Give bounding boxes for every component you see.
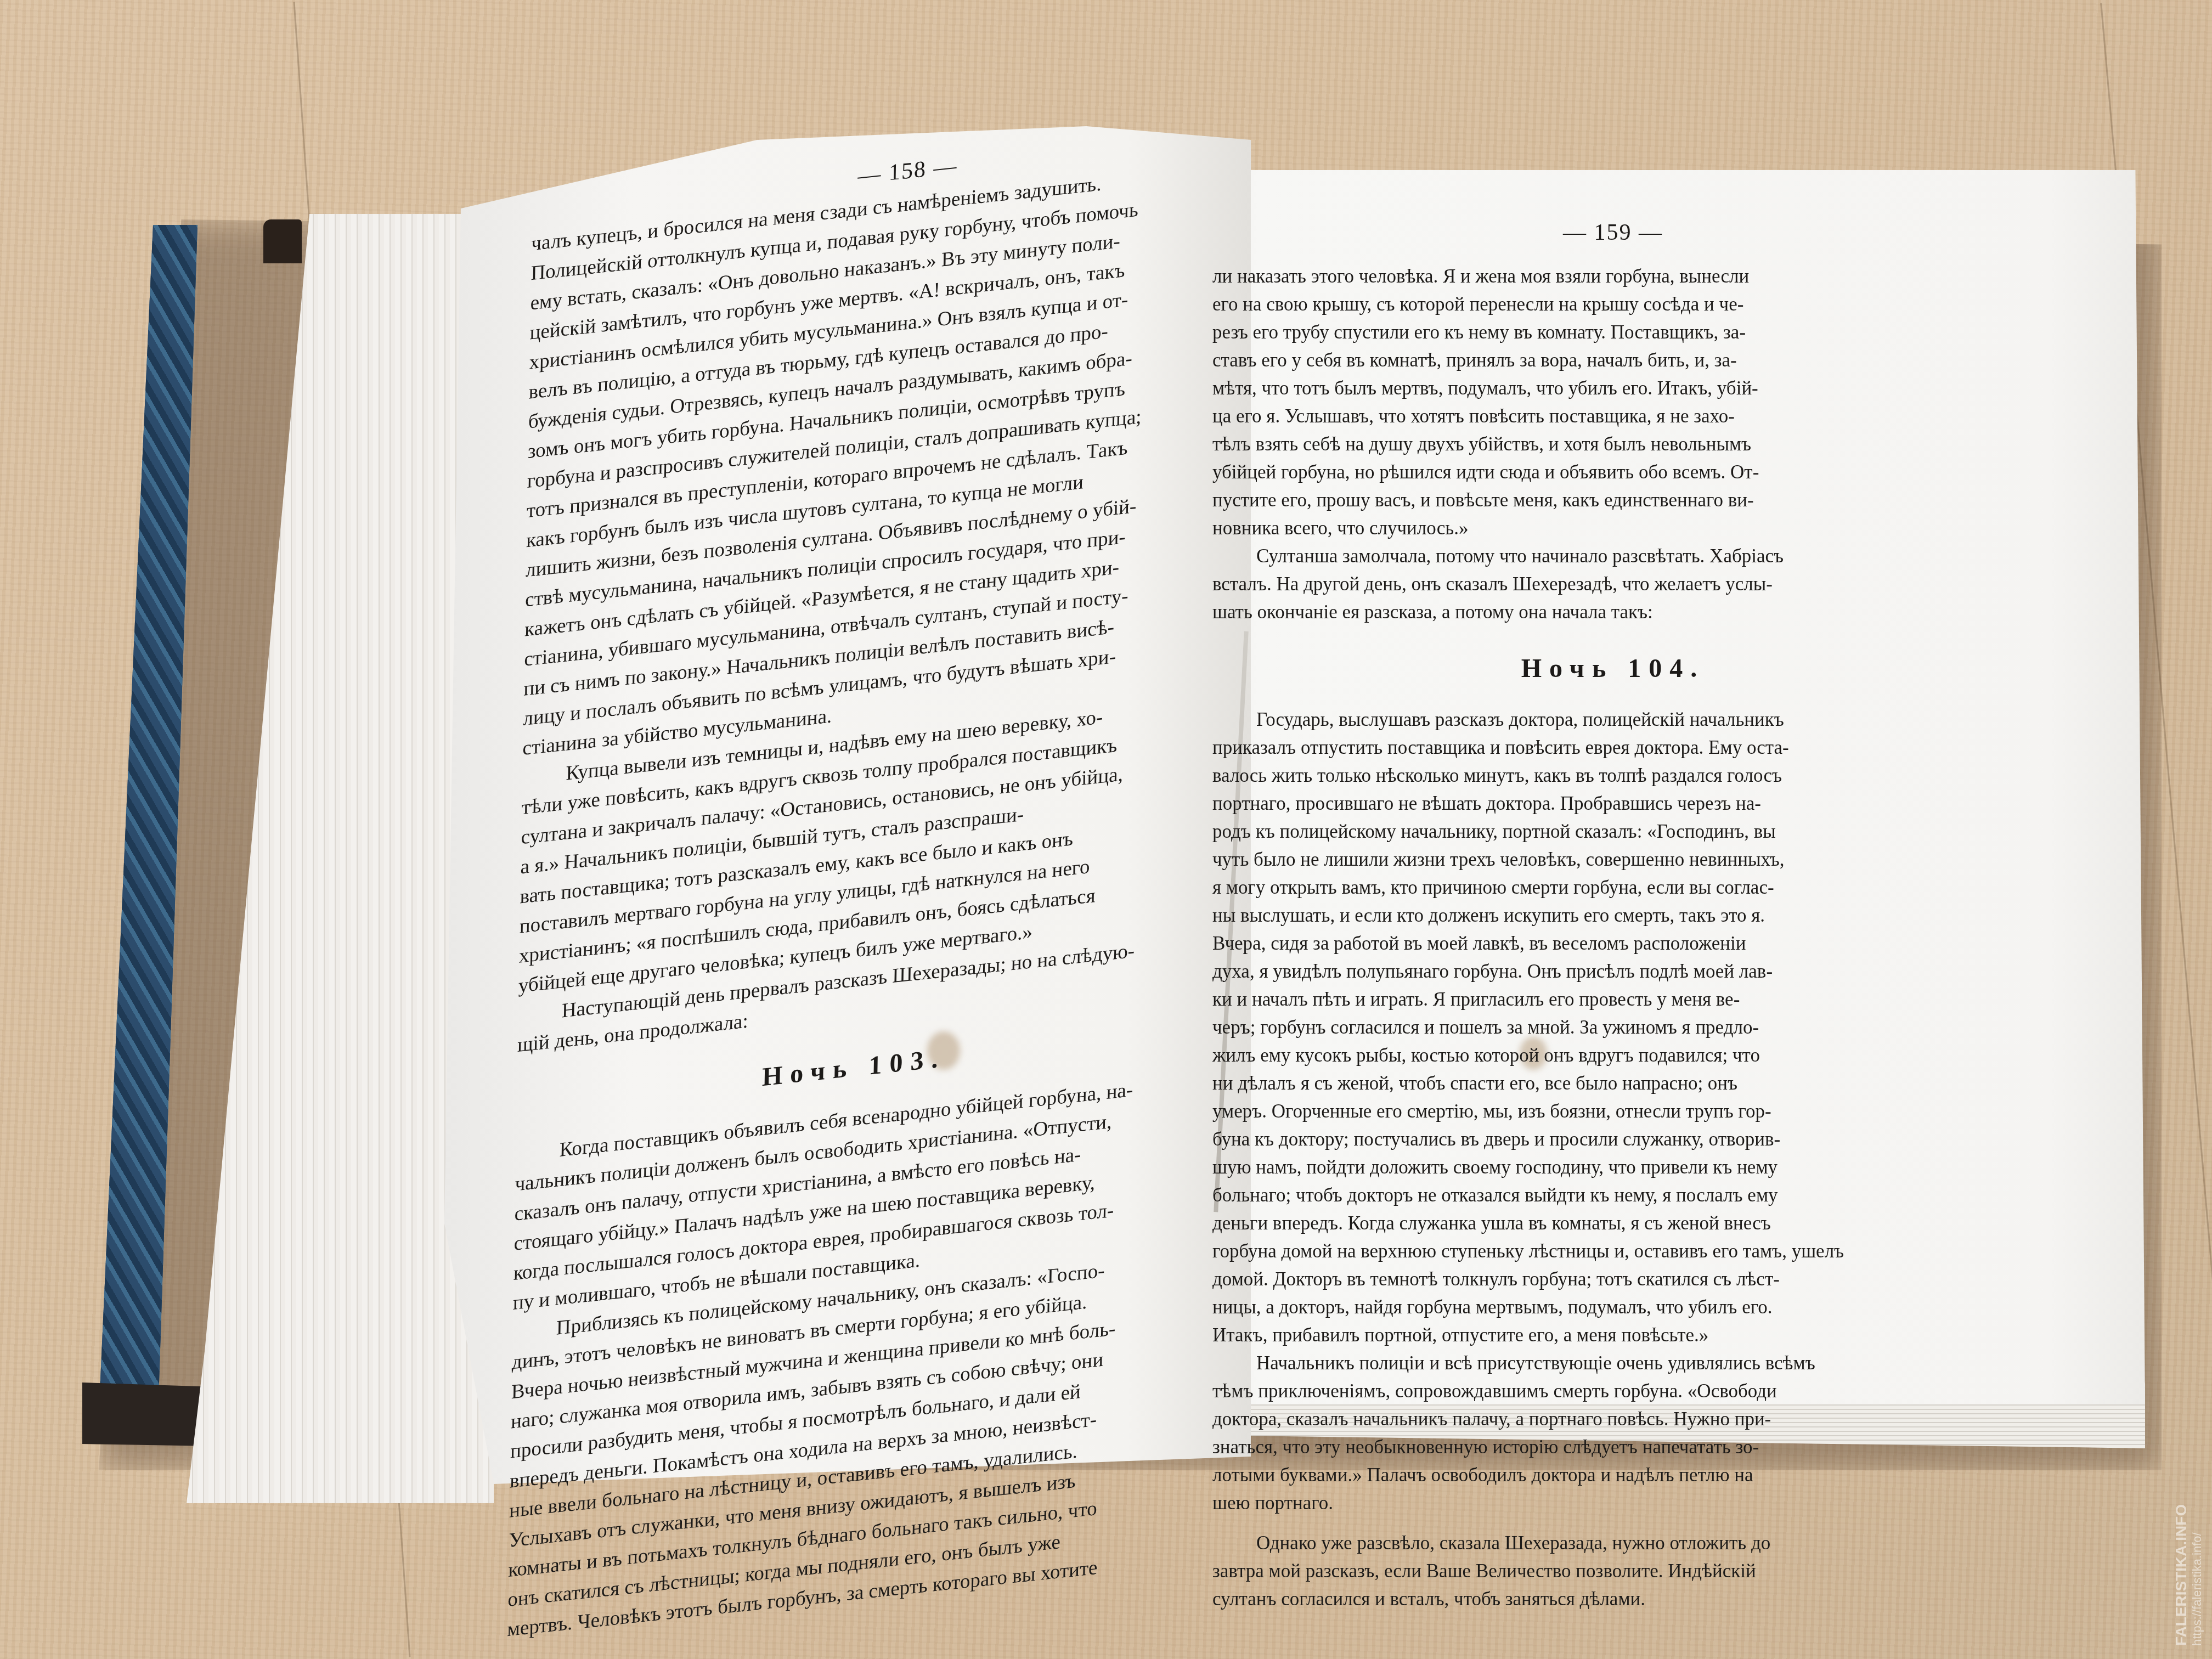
text-line: лотыми буквами.» Палачъ освободилъ докто… <box>1212 1461 2013 1489</box>
text-line: Начальникъ полиціи и всѣ присутствующіе … <box>1212 1349 2013 1377</box>
text-line: шею портнаго. <box>1212 1489 2013 1517</box>
text-line: ни дѣлалъ я съ женой, чтобъ спасти его, … <box>1212 1069 2013 1097</box>
paragraph: чалъ купецъ, и бросился на меня сзади съ… <box>522 159 1206 764</box>
text-line: Султанша замолчала, потому что начинало … <box>1212 542 2013 570</box>
text-line: Итакъ, прибавилъ портной, отпустите его,… <box>1212 1321 2013 1349</box>
watermark: FALERISTIKA.INFO https://faleristika.inf… <box>2172 1504 2204 1646</box>
text-line: чуть было не лишили жизни трехъ человѣкъ… <box>1212 845 2013 873</box>
paragraph: Однако уже разсвѣло, сказала Шехеразада,… <box>1212 1529 2013 1613</box>
text-line: родъ къ полицейскому начальнику, портной… <box>1212 817 2013 845</box>
text-line: умеръ. Огорченные его смертію, мы, изъ б… <box>1212 1097 2013 1125</box>
text-line: завтра мой разсказъ, если Ваше Величеств… <box>1212 1557 2013 1585</box>
text-line: портнаго, просившаго не вѣшать доктора. … <box>1212 789 2013 817</box>
text-line: всталъ. На другой день, онъ сказалъ Шехе… <box>1212 570 2013 598</box>
text-line: горбуна домой на верхнюю ступеньку лѣстн… <box>1212 1237 2013 1265</box>
text-line: тѣмъ приключеніямъ, сопровождавшимъ смер… <box>1212 1377 2013 1405</box>
text-line: убійцей горбуна, но рѣшился идти сюда и … <box>1212 458 2013 486</box>
paragraph: Начальникъ полиціи и всѣ присутствующіе … <box>1212 1349 2013 1517</box>
text-line: деньги впередъ. Когда служанка ушла въ к… <box>1212 1209 2013 1237</box>
watermark-url: https://faleristika.info/ <box>2190 1504 2204 1646</box>
text-line: Однако уже разсвѣло, сказала Шехеразада,… <box>1212 1529 2013 1557</box>
text-line: Вчера, сидя за работой въ моей лавкѣ, въ… <box>1212 929 2013 957</box>
paragraph: Государь, выслушавъ разсказъ доктора, по… <box>1212 706 2013 1349</box>
text-line: резъ его трубу спустили его къ нему въ к… <box>1212 318 2013 346</box>
text-line: буна къ доктору; постучались въ дверь и … <box>1212 1125 2013 1153</box>
text-line: я могу открыть вамъ, кто причиною смерти… <box>1212 873 2013 901</box>
text-line: знаться, что эту необыкновенную исторію … <box>1212 1433 2013 1461</box>
text-line: ца его я. Услышавъ, что хотятъ повѣсить … <box>1212 402 2013 430</box>
text-line: пустите его, прошу васъ, и повѣсьте меня… <box>1212 486 2013 514</box>
text-line: ки и началъ пѣть и играть. Я пригласилъ … <box>1212 985 2013 1013</box>
paragraph: Султанша замолчала, потому что начинало … <box>1212 542 2013 626</box>
right-page-text: — 159 — ли наказать этого человѣка. Я и … <box>1212 219 2013 1613</box>
text-line: больнаго; чтобъ докторъ не отказался вый… <box>1212 1181 2013 1209</box>
text-line: его на свою крышу, съ которой перенесли … <box>1212 290 2013 318</box>
text-line: новника всего, что случилось.» <box>1212 514 2013 542</box>
page-number: — 159 — <box>1212 219 2013 246</box>
text-line: доктора, сказалъ начальникъ палачу, а по… <box>1212 1405 2013 1433</box>
left-page-text: — 158 — чалъ купецъ, и бросился на меня … <box>507 126 1207 1645</box>
text-line: Государь, выслушавъ разсказъ доктора, по… <box>1212 706 2013 733</box>
text-line: шую намъ, пойдти доложить своему господи… <box>1212 1153 2013 1181</box>
text-line: валось жить только нѣсколько минутъ, как… <box>1212 761 2013 789</box>
open-book: — 158 — чалъ купецъ, и бросился на меня … <box>0 0 2212 1659</box>
text-line: мѣтя, что тотъ былъ мертвъ, подумалъ, чт… <box>1212 374 2013 402</box>
chapter-heading: Ночь 104. <box>1212 653 2013 684</box>
watermark-brand: FALERISTIKA.INFO <box>2172 1504 2190 1646</box>
text-line: тѣлъ взять себѣ на душу двухъ убійствъ, … <box>1212 430 2013 458</box>
leather-corner <box>263 219 302 263</box>
text-line: ны выслушать, и если кто долженъ искупит… <box>1212 901 2013 929</box>
text-line: ницы, а докторъ, найдя горбуна мертвымъ,… <box>1212 1293 2013 1321</box>
text-line: султанъ согласился и всталъ, чтобъ занят… <box>1212 1585 2013 1613</box>
text-line: жилъ ему кусокъ рыбы, костью которой онъ… <box>1212 1041 2013 1069</box>
paragraph: ли наказать этого человѣка. Я и жена моя… <box>1212 262 2013 542</box>
text-line: приказалъ отпустить поставщика и повѣсит… <box>1212 733 2013 761</box>
text-line: черъ; горбунъ согласился и пошелъ за мно… <box>1212 1013 2013 1041</box>
text-line: ставъ его у себя въ комнатѣ, принялъ за … <box>1212 346 2013 374</box>
text-line: шать окончаніе ея разсказа, а потому она… <box>1212 598 2013 626</box>
text-line: домой. Докторъ въ темнотѣ толкнулъ горбу… <box>1212 1265 2013 1293</box>
text-line: ли наказать этого человѣка. Я и жена моя… <box>1212 262 2013 290</box>
text-line: духа, я увидѣлъ полупьянаго горбуна. Онъ… <box>1212 957 2013 985</box>
